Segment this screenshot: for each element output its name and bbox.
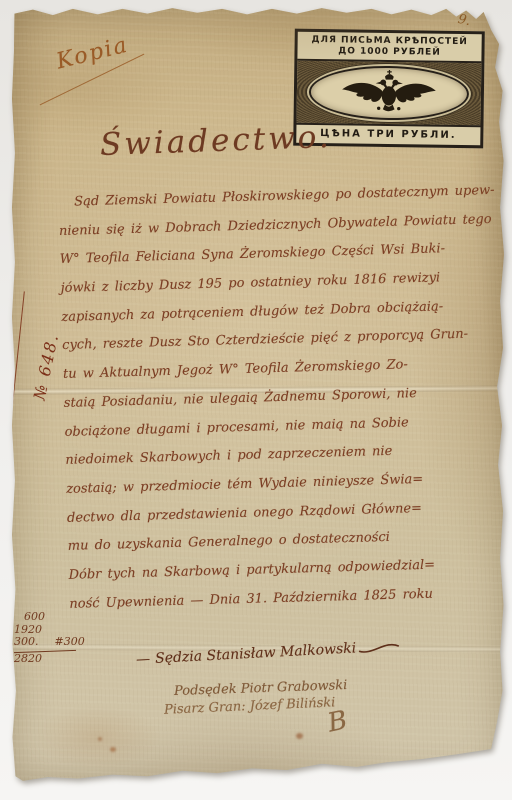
double-headed-eagle-icon [316,69,463,117]
signature-flourish-icon [358,639,401,655]
rust-spot [296,733,303,739]
registry-number-stroke [8,291,25,440]
document-title: Świadectwo. [99,119,332,163]
calc-total: 2820 [14,653,85,666]
margin-calculation: 600 1920 300.#300 2820 [14,611,85,665]
signature-paraph: B [325,705,350,738]
stamp-header: ДЛЯ ПИСЬМА КРѢПОСТЕЙ ДО 1000 РУБЛЕЙ [297,32,481,64]
rust-spot [98,737,102,741]
calc-line: 300.#300 [14,636,85,649]
stamp-engraving-panel [296,61,481,128]
calc-value: #300 [55,635,85,648]
scan-background: Kopia 9. ДЛЯ ПИСЬМА КРѢПОСТЕЙ ДО 1000 РУ… [0,0,512,800]
document-paper: Kopia 9. ДЛЯ ПИСЬМА КРѢПОСТЕЙ ДО 1000 РУ… [8,5,506,784]
judge-signature: —Sędzia Stanisław Malkowski [136,638,401,668]
calc-line: 600 [14,611,85,624]
judge-signature-text: Sędzia Stanisław Malkowski [155,640,357,667]
clerk-signature: Pisarz Gran: Józef Biliński [164,695,336,717]
rust-spot [110,747,116,752]
signature-dash: — [136,651,150,668]
copy-annotation: Kopia [54,33,131,75]
paper-shadow: Kopia 9. ДЛЯ ПИСЬМА КРѢПОСТЕЙ ДО 1000 РУ… [0,0,512,800]
stamp-oval [309,65,470,121]
calc-value: 300. [14,635,39,648]
page-number-annotation: 9. [457,12,472,29]
document-body: Sąd Ziemski Powiatu Płoskirowskiego po d… [58,183,512,626]
